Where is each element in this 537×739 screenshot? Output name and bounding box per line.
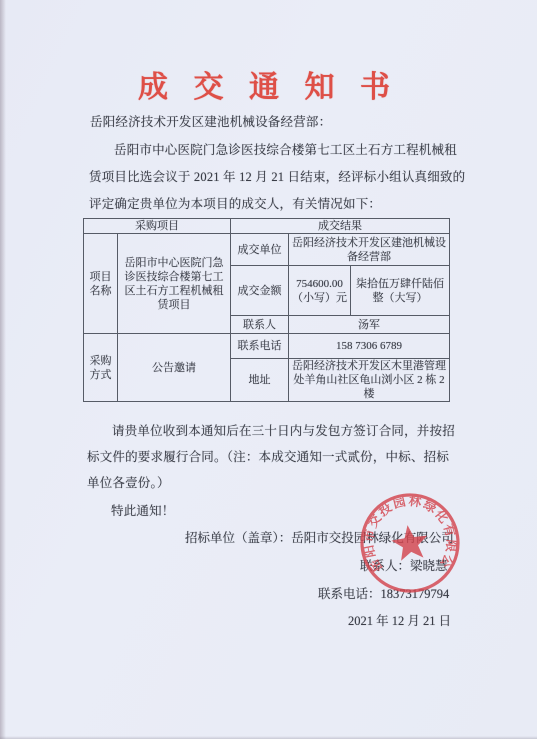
signature-contact-line: 联系人：梁晓慧	[360, 556, 448, 574]
address-label: 地址	[231, 359, 289, 402]
address-value: 岳阳经济技术开发区木里港管理处羊角山社区龟山浏小区 2 栋 2 楼	[289, 359, 450, 402]
notice-line-2: 标文件的要求履行合同。（注：本成交通知一式贰份，中标、招标	[87, 447, 449, 465]
header-award-result: 成交结果	[231, 219, 450, 234]
phone-value: 158 7306 6789	[289, 334, 450, 359]
phone-label: 联系电话	[231, 334, 289, 359]
award-unit-label: 成交单位	[231, 234, 289, 266]
table-header-row: 采购项目 成交结果	[84, 219, 450, 234]
recipient-line: 岳阳经济技术开发区建池机械设备经营部：	[90, 112, 331, 130]
project-name-label: 项目名称	[84, 234, 118, 334]
signature-org-line: 招标单位（盖章）：岳阳市交投园林绿化有限公司	[185, 528, 454, 546]
award-amount-label: 成交金额	[231, 266, 289, 316]
award-result-table: 采购项目 成交结果 项目名称 岳阳市中心医院门急诊医技综合楼第七工区土石方工程机…	[83, 218, 450, 402]
intro-line-1: 岳阳市中心医院门急诊医技综合楼第七工区土石方工程机械租	[114, 140, 457, 158]
signature-date-line: 2021 年 12 月 21 日	[348, 611, 451, 629]
contact-value: 汤军	[289, 316, 450, 334]
award-unit-value: 岳阳经济技术开发区建池机械设备经营部	[289, 234, 450, 266]
table-row: 项目名称 岳阳市中心医院门急诊医技综合楼第七工区土石方工程机械租赁项目 成交单位…	[84, 234, 450, 266]
award-amount-words: 柒拾伍万肆仟陆佰整（大写）	[351, 266, 450, 316]
method-value: 公告邀请	[118, 334, 231, 402]
scanned-notice-page: 成 交 通 知 书 岳阳经济技术开发区建池机械设备经营部： 岳阳市中心医院门急诊…	[0, 0, 537, 739]
header-procurement-item: 采购项目	[84, 219, 231, 234]
contact-label: 联系人	[231, 316, 289, 334]
method-label: 采购方式	[84, 334, 118, 402]
intro-line-3: 评定确定贵单位为本项目的成交人，有关情况如下：	[89, 194, 381, 212]
signature-phone-line: 联系电话：18373179794	[318, 584, 449, 602]
page-title: 成 交 通 知 书	[0, 62, 537, 106]
scan-left-edge	[0, 0, 6, 739]
closing-line: 特此通知！	[111, 501, 175, 519]
notice-line-1: 请贵单位收到本通知后在三十日内与发包方签订合同，并按招	[112, 421, 455, 439]
intro-line-2: 赁项目比选会议于 2021 年 12 月 21 日结束，经评标小组认真细致的	[89, 167, 465, 185]
project-name-value: 岳阳市中心医院门急诊医技综合楼第七工区土石方工程机械租赁项目	[118, 234, 231, 334]
notice-line-3: 单位各壹份。）	[87, 473, 170, 491]
table-row: 采购方式 公告邀请 联系电话 158 7306 6789	[84, 334, 450, 359]
award-amount-numeric: 754600.00（小写）元	[289, 266, 351, 316]
